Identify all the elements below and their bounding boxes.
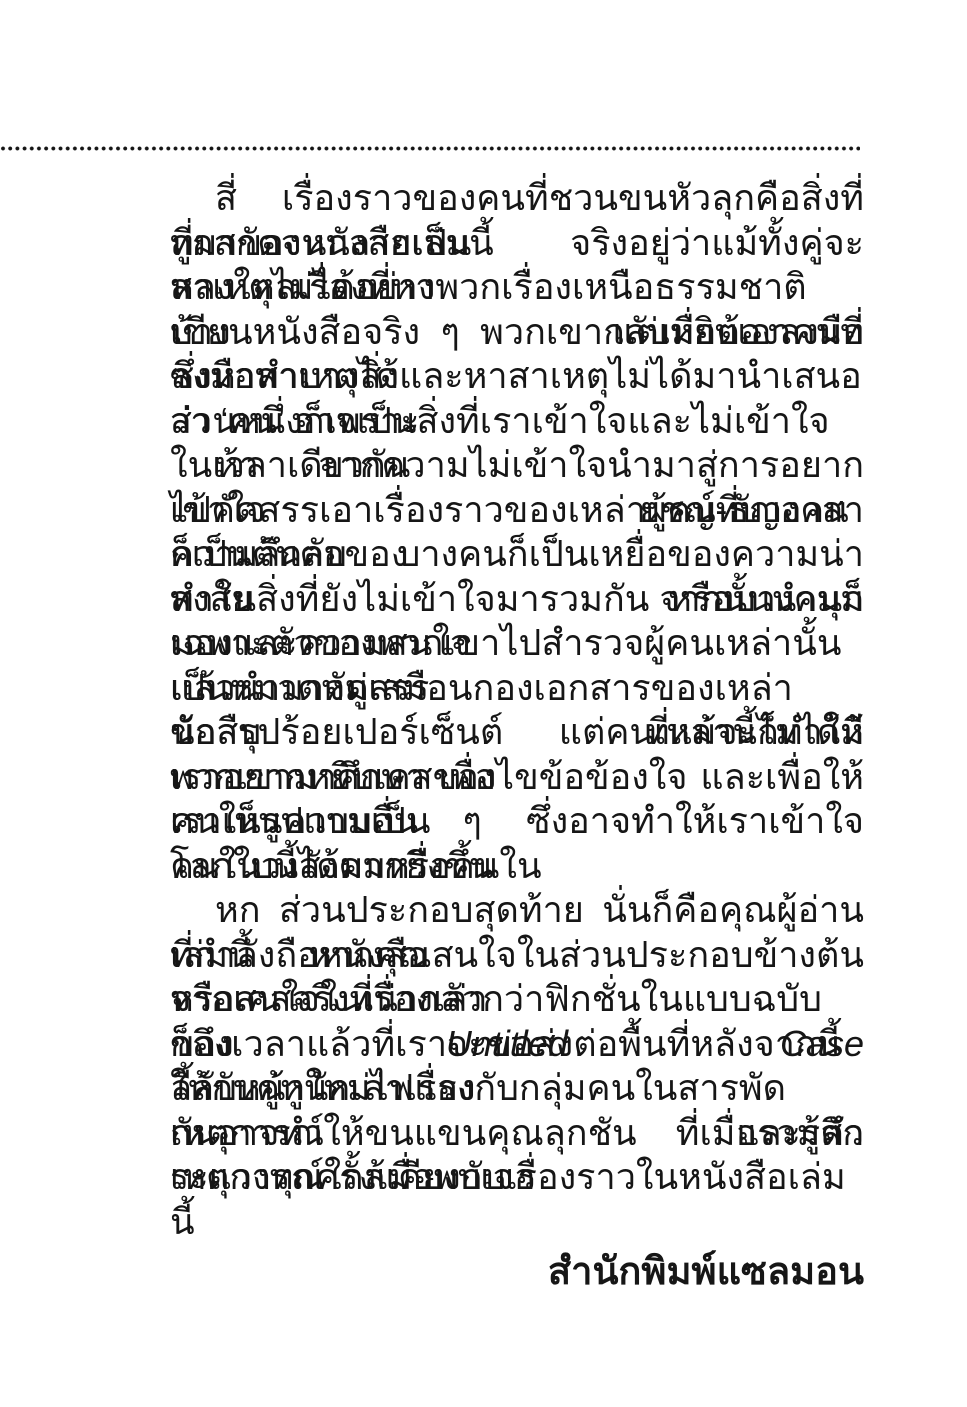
text-line: ห้า จากความไม่เข้าใจนำมาสู่การอยากเข้าใจ… <box>170 443 864 488</box>
paragraph: ห้า จากความไม่เข้าใจนำมาสู่การอยากเข้าใจ… <box>170 443 864 888</box>
text-line: สี่ เรื่องราวของคนที่ชวนขนหัวลุกคือสิ่งท… <box>170 176 864 221</box>
text-line: เฉพาะตัวของพวกเขาไปสำรวจผู้คนเหล่านั้น แ… <box>170 621 864 666</box>
text-line: คนในรูปแบบอื่น ๆ ซึ่งอาจทำให้เราเข้าใจคน… <box>170 799 864 844</box>
text-line: พวกเขามาศึกษา เพื่อไขข้อข้องใจ และเพื่อใ… <box>170 755 864 800</box>
text-line: เล่มนี้ หากคุณสนใจในส่วนประกอบข้างต้นหรื… <box>170 933 864 978</box>
text-line: ความลึกลับ บางคนก็เป็นเหยื่อของความน่าสง… <box>170 532 864 577</box>
text-line: เหตุการณ์ใกล้เคียงกับเรื่องราวในหนังสือเ… <box>170 1155 864 1200</box>
text-line: ข้อสรุปร้อยเปอร์เซ็นต์ แต่คนเหล่านี้ก็ทำ… <box>170 710 864 755</box>
body-text: สี่ เรื่องราวของคนที่ชวนขนหัวลุกคือสิ่งท… <box>170 176 864 1200</box>
text-line: เป็นหมวดหมู่เสมือนกองเอกสารของเหล่านักสื… <box>170 666 864 711</box>
text-line: ว่า ‘คน’ อาจเป็นสิ่งที่เราเข้าใจและไม่เข… <box>170 399 864 444</box>
publisher-signature: สำนักพิมพ์แซลมอน <box>170 1246 864 1298</box>
paragraph: สี่ เรื่องราวของคนที่ชวนขนหัวลุกคือสิ่งท… <box>170 176 864 443</box>
text-line: หก ส่วนประกอบสุดท้าย นั่นก็คือคุณผู้อ่าน… <box>170 888 864 933</box>
text-line: ลี้ลับหน้าใหม่ไฟแรงกับกลุ่มคนในสารพัดเหต… <box>170 1066 864 1111</box>
dotted-divider <box>0 145 860 152</box>
text-line: ทำในสิ่งที่ยังไม่เข้าใจมารวมกัน จากนั้นน… <box>170 577 864 622</box>
text-line: ไปคัดสรรเอาเรื่องราวของเหล่าผู้คนที่บางค… <box>170 488 864 533</box>
text-line: เขียนหนังสือจริง ๆ พวกเขากลับหยิบเอาคนที… <box>170 310 864 355</box>
book-page: สี่ เรื่องราวของคนที่ชวนขนหัวลุกคือสิ่งท… <box>0 0 967 1407</box>
text-line-with-latin: จากเคสจริงที่น่ากลัวกว่าฟิกชั่นในแบบฉบับ… <box>170 977 864 1022</box>
text-line: ซึ่งหาสาเหตุได้และหาสาเหตุไม่ได้มานำเสนอ… <box>170 354 864 399</box>
text-line: ที่มาของหนังสือเล่มนี้ จริงอยู่ว่าแม้ทั้… <box>170 221 864 266</box>
text-line: ก็ถึงเวลาแล้วที่เราจะขอส่งต่อพื้นที่หลัง… <box>170 1022 864 1067</box>
paragraph: หก ส่วนประกอบสุดท้าย นั่นก็คือคุณผู้อ่าน… <box>170 888 864 1200</box>
text-line: กันอาจทำให้ขนแขนคุณลุกชัน และรู้สึกระแวง… <box>170 1111 864 1156</box>
text-line: สาเหตุไม่ได้อย่างพวกเรื่องเหนือธรรมชาติบ… <box>170 265 864 310</box>
